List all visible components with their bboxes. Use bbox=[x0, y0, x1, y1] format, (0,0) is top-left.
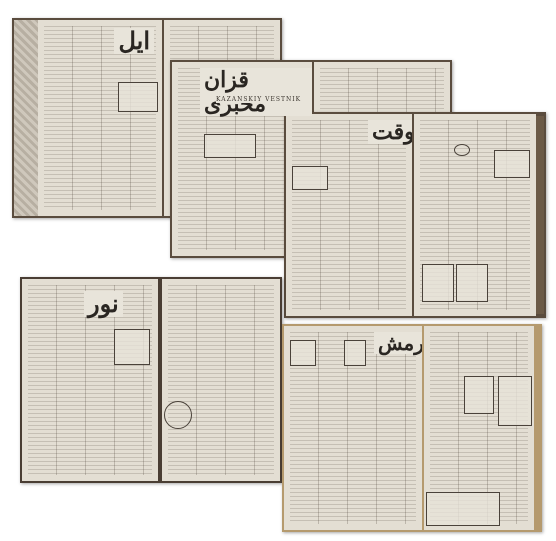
article-box bbox=[292, 166, 328, 190]
masthead-il: ایل bbox=[114, 28, 154, 54]
advert-box bbox=[498, 376, 532, 426]
patterned-binding bbox=[14, 20, 38, 216]
portrait-box bbox=[456, 264, 488, 302]
advert-box bbox=[464, 376, 494, 414]
masthead-turmush: طورمش bbox=[374, 332, 422, 354]
page-right bbox=[162, 279, 280, 481]
newspaper-volume-nur: نور bbox=[20, 277, 282, 483]
page-left: وقت bbox=[286, 114, 412, 316]
page-left: ایل bbox=[38, 20, 162, 216]
advert-box bbox=[426, 492, 500, 526]
masthead-waqt: وقت bbox=[368, 120, 412, 144]
article-box bbox=[290, 340, 316, 366]
masthead-qazan-mokhbire: قزان مخبری bbox=[200, 68, 312, 116]
seal-circle bbox=[164, 401, 192, 429]
newspaper-volume-turmush: طورمش bbox=[282, 324, 542, 532]
page-left: نور bbox=[22, 279, 158, 481]
page-left: طورمش bbox=[284, 326, 422, 530]
emblem-box bbox=[114, 329, 150, 365]
page-right bbox=[424, 326, 534, 530]
advert-image bbox=[454, 144, 470, 156]
article-box bbox=[204, 134, 256, 158]
article-box bbox=[344, 340, 366, 366]
article-box bbox=[118, 82, 158, 112]
page-right bbox=[414, 114, 536, 316]
book-spine bbox=[536, 116, 544, 314]
masthead-subtitle: KAZANSKIY VESTNIK bbox=[216, 96, 301, 103]
masthead-nur: نور bbox=[84, 291, 123, 317]
portrait-box bbox=[422, 264, 454, 302]
advert-box bbox=[494, 150, 530, 178]
newspaper-volume-waqt: وقت bbox=[284, 112, 546, 318]
